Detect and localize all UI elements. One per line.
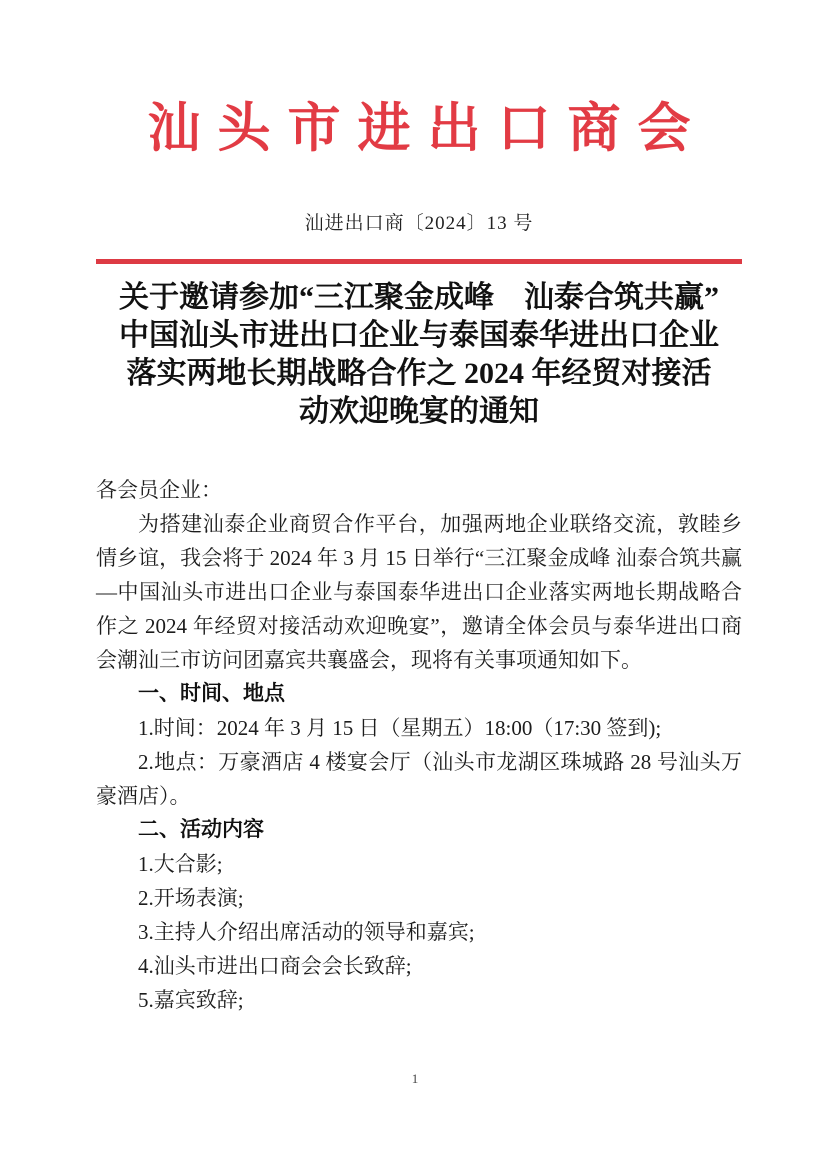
section2-item-2: 2.开场表演; — [96, 881, 742, 915]
document-title: 关于邀请参加“三江聚金成峰 汕泰合筑共赢” 中国汕头市进出口企业与泰国泰华进出口… — [96, 279, 742, 431]
section1-item-time: 1.时间：2024 年 3 月 15 日（星期五）18:00（17:30 签到)… — [96, 711, 742, 745]
document-title-line-2: 中国汕头市进出口企业与泰国泰华进出口企业 — [96, 317, 742, 355]
page-number: 1 — [0, 1071, 830, 1087]
document-title-line-1: 关于邀请参加“三江聚金成峰 汕泰合筑共赢” — [96, 279, 742, 317]
intro-paragraph: 为搭建汕泰企业商贸合作平台，加强两地企业联络交流，敦睦乡情乡谊，我会将于 202… — [96, 507, 742, 677]
salutation: 各会员企业： — [96, 473, 742, 507]
section1-item-location: 2.地点：万豪酒店 4 楼宴会厅（汕头市龙湖区珠城路 28 号汕头万豪酒店）。 — [96, 745, 742, 813]
section2-heading: 二、活动内容 — [96, 813, 742, 847]
red-divider-line — [96, 259, 742, 264]
section1-heading: 一、时间、地点 — [96, 677, 742, 711]
section2-item-3: 3.主持人介绍出席活动的领导和嘉宾; — [96, 915, 742, 949]
document-page: 汕头市进出口商会 汕进出口商〔2024〕13 号 关于邀请参加“三江聚金成峰 汕… — [0, 0, 830, 1174]
document-title-line-4: 动欢迎晚宴的通知 — [96, 393, 742, 431]
section2-item-5: 5.嘉宾致辞; — [96, 983, 742, 1017]
letterhead-org-title: 汕头市进出口商会 — [96, 96, 742, 162]
section2-item-4: 4.汕头市进出口商会会长致辞; — [96, 949, 742, 983]
section2-item-1: 1.大合影; — [96, 847, 742, 881]
document-number: 汕进出口商〔2024〕13 号 — [96, 208, 742, 235]
document-body: 各会员企业： 为搭建汕泰企业商贸合作平台，加强两地企业联络交流，敦睦乡情乡谊，我… — [96, 473, 742, 1017]
document-title-line-3: 落实两地长期战略合作之 2024 年经贸对接活 — [96, 355, 742, 393]
